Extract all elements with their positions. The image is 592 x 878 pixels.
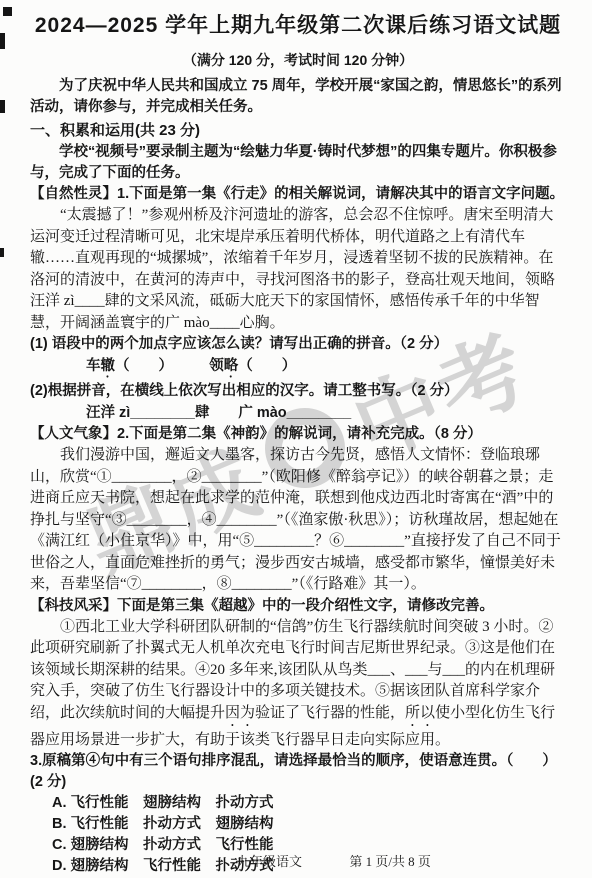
question-tech-tag: 【科技风采】 [30,598,117,614]
question1-sub2-stem: (2)根据拼音，在横线上依次写出相应的汉字。请工整书写。（2 分） [30,381,566,402]
dotted-word: 因为 [225,705,255,721]
answer-blank: （ ） 领 [115,358,224,374]
exam-paper-page: 鼎成 中考 2024—2025 学年上期九年级第二次课后练习语文试题 （满分 1… [0,0,592,878]
question2-stem: 【人文气象】2.下面是第二集《神韵》的解说词，请补充完成。（8 分） [30,424,566,445]
option-b: B. 飞行性能 扑动方式 翅膀结构 [52,814,566,835]
intro-paragraph: 为了庆祝中华人民共和国成立 75 周年，学校开展“家国之韵，情思悠长”的系列活动… [30,76,566,118]
question1-stem-text: 1.下面是第一集《行走》的相关解说词，请解决其中的语言文字问题。 [117,186,564,202]
question1-passage: “太震撼了！”参观州桥及汴河遗址的游客，总会忍不住惊呼。唐宋至明清大运河变迁过程… [30,205,566,334]
question1-tag: 【自然性灵】 [30,186,117,202]
scan-artifact [0,33,5,49]
dotted-char: 辙 [101,358,116,374]
question1-sub1-stem: (1) 语段中的两个加点字应该怎么读？请写出正确的拼音。（2 分） [30,334,566,355]
question2-passage: 我们漫游中国，邂逅文人墨客，探访古今先贤，感悟人文情怀：登临琅琊山，欣赏“①__… [30,445,566,596]
option-a: A. 飞行性能 翅膀结构 扑动方式 [52,793,566,814]
scan-artifact [0,100,5,113]
question2-tag: 【人文气象】 [30,426,117,442]
dotted-char: 略 [224,358,239,374]
section1-lead: 学校“视频号”要录制主题为“绘魅力华夏·铸时代梦想”的四集专题片。你积极参与，完… [30,142,566,184]
question-tech-stem-text: 下面是第三集《超越》中的一段介绍性文字，请修改完善。 [117,598,494,614]
passage-segment: 验证了飞行器的性能， [255,705,405,721]
question-tech-stem: 【科技风采】下面是第三集《超越》中的一段介绍性文字，请修改完善。 [30,596,566,617]
question2-stem-text: 2.下面是第二集《神韵》的解说词，请补充完成。（8 分） [117,426,482,442]
page-footer: 九年级语文 第 1 页/共 8 页 [0,851,592,870]
question3-stem: 3.原稿第④句中有三个语句排序混乱，请选择最恰当的顺序，使语意连贯。（ ）(2 … [30,751,566,793]
exam-meta: （满分 120 分，考试时间 120 分钟） [30,51,566,69]
scan-artifact [3,7,12,16]
answer-word: 车 [86,358,101,374]
section1-heading: 一、积累和运用(共 23 分) [30,120,566,142]
question1-stem: 【自然性灵】1.下面是第一集《行走》的相关解说词，请解决其中的语言文字问题。 [30,184,566,205]
question1-sub1-answer-line: 车辙（ ） 领略（ ） [30,355,566,381]
answer-blank: （ ） [238,358,296,374]
question-tech-passage: ①西北工业大学科研团队研制的“信鸽”仿生飞行器续航时间突破 3 小时。②此项研究… [30,617,566,752]
footer-page-number: 第 1 页/共 8 页 [349,854,431,869]
dotted-word: 所以 [405,705,435,721]
exam-content: 2024—2025 学年上期九年级第二次课后练习语文试题 （满分 120 分，考… [30,12,566,877]
exam-title: 2024—2025 学年上期九年级第二次课后练习语文试题 [30,12,566,40]
footer-course-label: 九年级语文 [237,854,302,869]
scan-artifact [0,248,4,257]
question1-sub2-answer-line: 汪洋 zì________肆 广 mào________ [30,402,566,424]
